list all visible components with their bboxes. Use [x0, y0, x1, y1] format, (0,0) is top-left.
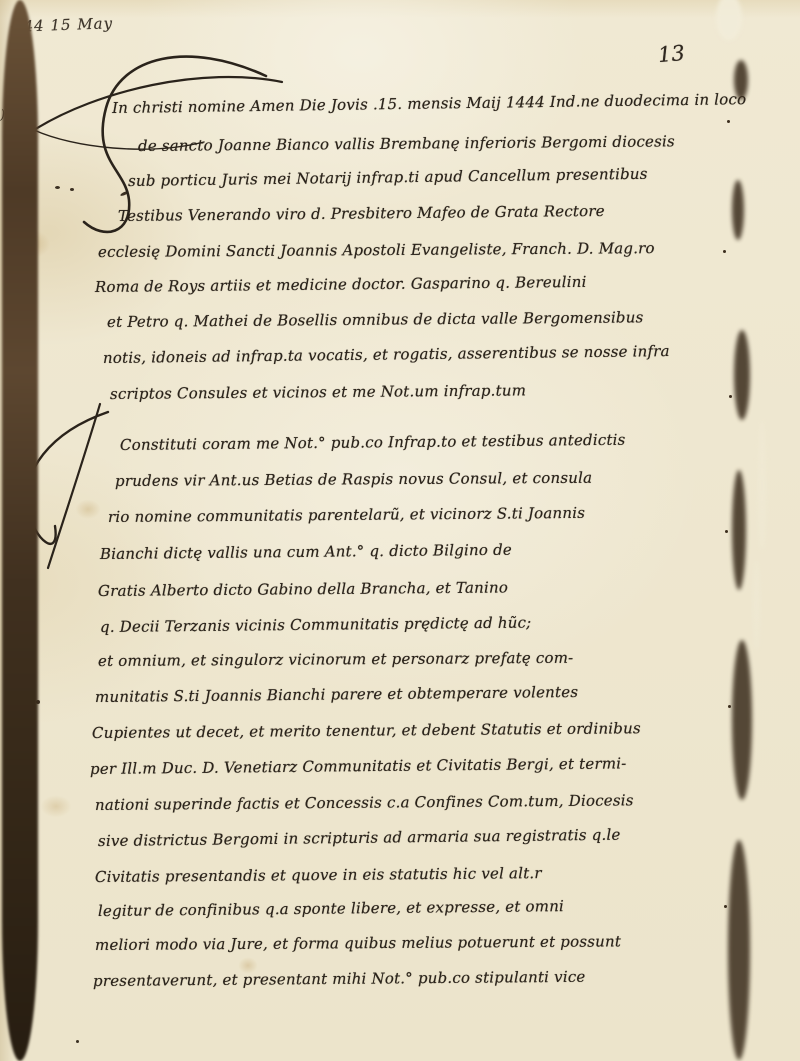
page-edge-dark-core: [2, 0, 38, 1061]
manuscript-line: Gratis Alberto dicto Gabino della Branch…: [98, 578, 508, 600]
manuscript-line: prudens vir Ant.us Betias de Raspis novu…: [115, 469, 592, 490]
manuscript-line: meliori modo via Jure, et forma quibus m…: [95, 932, 621, 954]
manuscript-line: scriptos Consules et vicinos et me Not.u…: [110, 381, 526, 403]
manuscript-line: et omnium, et singulorz vicinorum et per…: [98, 649, 574, 670]
page-number: 13: [657, 41, 686, 67]
